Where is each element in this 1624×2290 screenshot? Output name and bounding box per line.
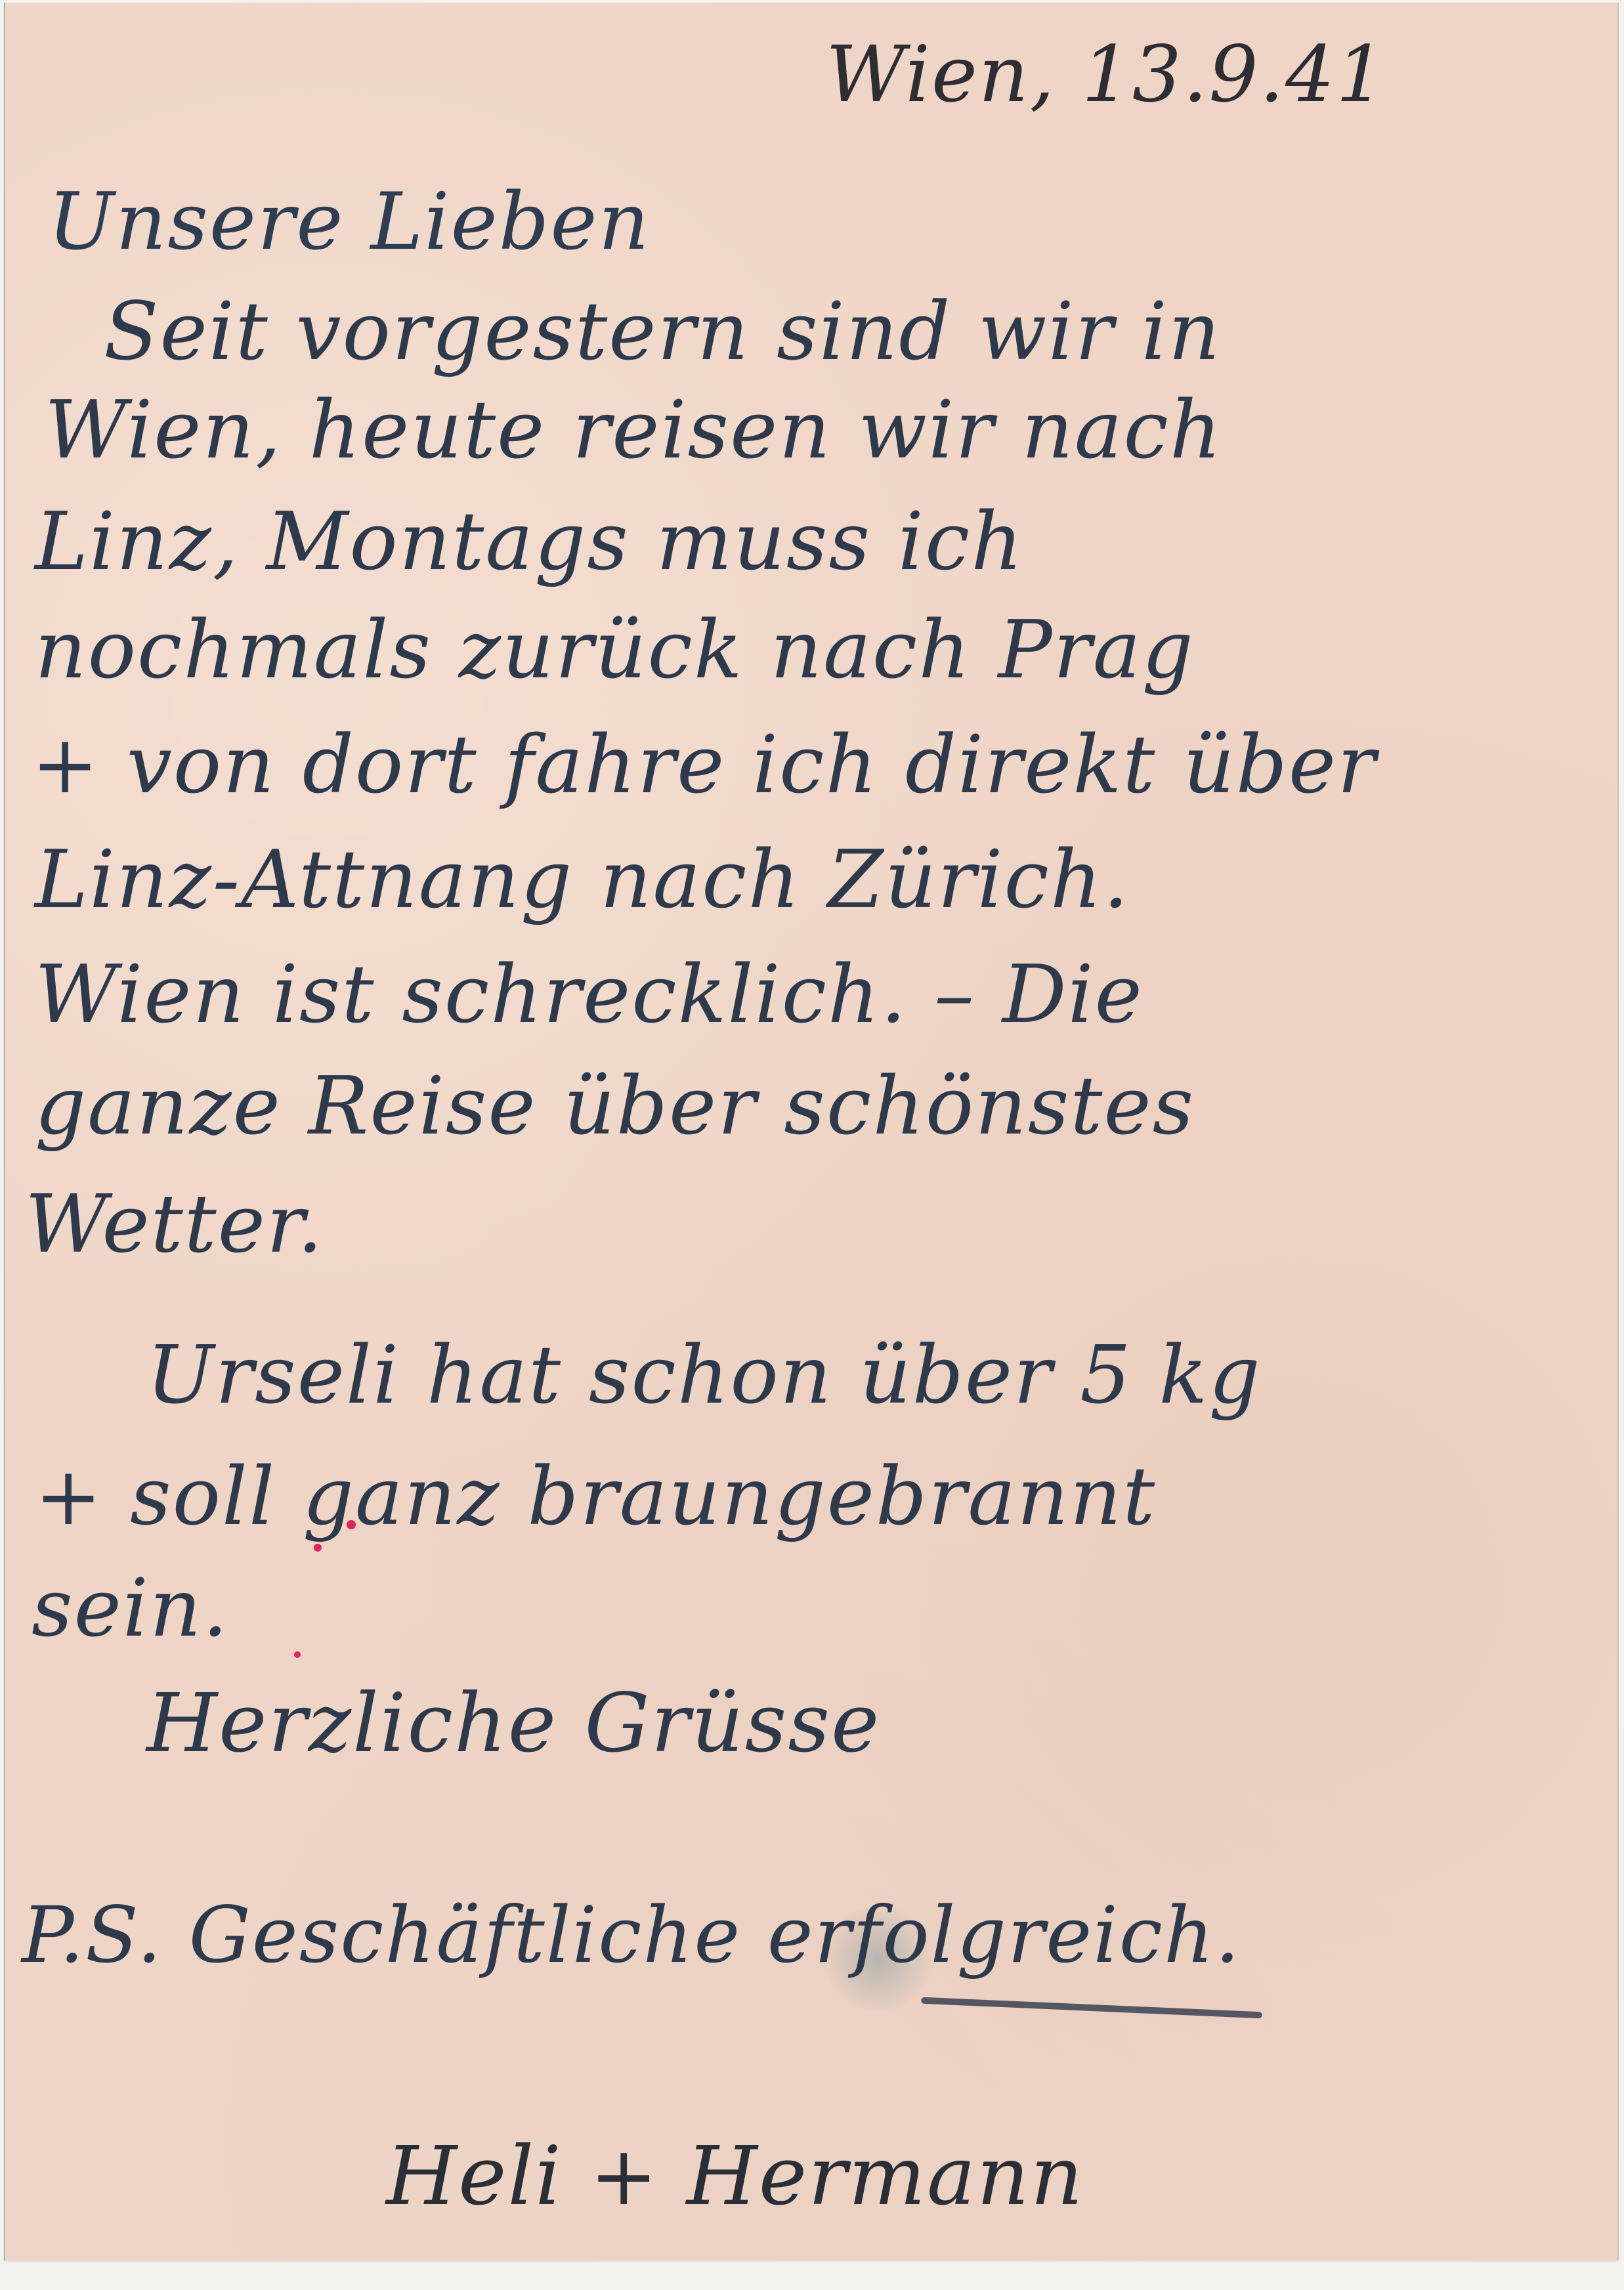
postscript-underline — [921, 1997, 1262, 2019]
body-line-11: + soll ganz braungebrannt — [35, 1456, 1156, 1537]
place-date: Wien, 13.9.41 — [826, 35, 1386, 113]
salutation: Unsere Lieben — [48, 183, 651, 262]
red-ink-speck — [294, 1651, 301, 1658]
body-line-8: ganze Reise über schönstes — [35, 1066, 1195, 1146]
body-line-12: sein. — [32, 1568, 229, 1648]
postscript: P.S. Geschäftliche erfolgreich. — [22, 1896, 1241, 1974]
red-ink-speck — [314, 1544, 322, 1552]
postcard: Wien, 13.9.41 Unsere Lieben Seit vorgest… — [4, 3, 1619, 2260]
body-line-3: Linz, Montags muss ich — [35, 501, 1024, 582]
body-line-5: + von dort fahre ich direkt über — [32, 725, 1377, 805]
body-line-10: Urseli hat schon über 5 kg — [146, 1335, 1262, 1415]
body-line-4: nochmals zurück nach Prag — [35, 610, 1195, 690]
body-line-9: Wetter. — [25, 1184, 324, 1264]
body-line-1: Seit vorgestern sind wir in — [104, 291, 1221, 371]
body-line-2: Wien, heute reisen wir nach — [45, 390, 1222, 470]
body-line-6: Linz-Attnang nach Zürich. — [35, 839, 1130, 920]
red-ink-speck — [347, 1520, 356, 1529]
closing-greeting: Herzliche Grüsse — [146, 1683, 880, 1764]
body-line-7: Wien ist schrecklich. – Die — [35, 954, 1143, 1034]
signature: Heli + Hermann — [386, 2136, 1084, 2217]
